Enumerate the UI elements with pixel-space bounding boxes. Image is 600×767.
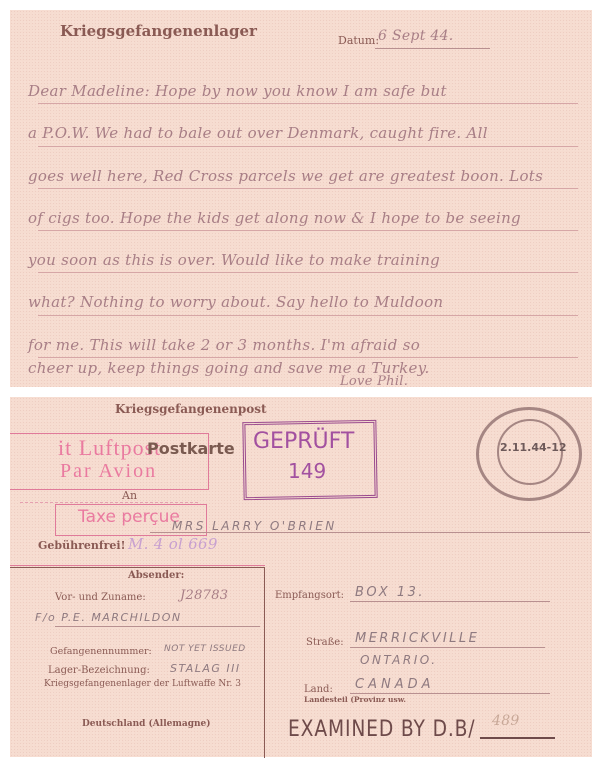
ruled-line bbox=[38, 315, 578, 316]
ruled-line bbox=[38, 357, 578, 358]
postmark-date: 2.11.44-12 bbox=[500, 441, 567, 454]
ruled-line bbox=[38, 188, 578, 189]
letter-line: goes well here, Red Cross parcels we get… bbox=[28, 167, 543, 185]
destination-place-value: BOX 13. bbox=[355, 585, 425, 600]
date-label: Datum: bbox=[338, 34, 379, 47]
recipient-underline bbox=[150, 532, 590, 533]
camp-value: STALAG III bbox=[170, 662, 241, 675]
postcard-header-title: Kriegsgefangenenpost bbox=[115, 402, 267, 416]
airmail-stamp-line2: Par Avion bbox=[60, 460, 157, 483]
ruled-line bbox=[38, 230, 578, 231]
letter-card: Kriegsgefangenenlager Datum: 6 Sept 44. … bbox=[10, 10, 592, 387]
letter-line: of cigs too. Hope the kids get along now… bbox=[28, 209, 521, 227]
censor-stamp-line2: 149 bbox=[288, 459, 326, 483]
red-stamp-divider bbox=[10, 565, 265, 566]
examined-underline bbox=[480, 737, 555, 739]
letter-line: for me. This will take 2 or 3 months. I'… bbox=[28, 336, 420, 354]
letter-signoff: Love Phil. bbox=[340, 374, 408, 389]
examined-number: 489 bbox=[492, 713, 520, 729]
fee-handwritten: M. 4 ol 669 bbox=[128, 535, 218, 553]
destination-country-label: Land: bbox=[304, 684, 333, 695]
destination-place-underline bbox=[350, 601, 550, 602]
sender-name: F/o P.E. MARCHILDON bbox=[35, 611, 182, 624]
date-underline bbox=[375, 48, 490, 49]
censor-stamp-line1: GEPRÜFT bbox=[253, 429, 354, 454]
postcard-card: Kriegsgefangenenpost it Luftpost Par Avi… bbox=[10, 397, 592, 757]
destination-country-value: CANADA bbox=[355, 677, 435, 692]
camp-subtitle: Kriegsgefangenenlager der Luftwaffe Nr. … bbox=[44, 679, 241, 689]
prisoner-number-value: NOT YET ISSUED bbox=[164, 644, 246, 654]
ruled-line bbox=[38, 103, 578, 104]
sender-name-underline bbox=[55, 626, 260, 627]
sender-service-number: J28783 bbox=[180, 588, 228, 603]
an-line bbox=[20, 502, 198, 503]
sender-title: Absender: bbox=[128, 570, 184, 581]
airmail-stamp-line1: it Luftpost bbox=[58, 435, 161, 461]
letter-line: Dear Madeline: Hope by now you know I am… bbox=[28, 82, 447, 100]
destination-street-label: Straße: bbox=[306, 637, 344, 648]
letter-line: you soon as this is over. Would like to … bbox=[28, 251, 440, 269]
ruled-line bbox=[38, 272, 578, 273]
sender-country: Deutschland (Allemagne) bbox=[82, 719, 211, 729]
letter-line: what? Nothing to worry about. Say hello … bbox=[28, 293, 443, 311]
camp-label: Lager-Bezeichnung: bbox=[48, 665, 150, 676]
destination-province-value: ONTARIO. bbox=[360, 653, 438, 667]
ruled-line bbox=[38, 146, 578, 147]
an-label: An bbox=[122, 489, 137, 502]
prisoner-number-label: Gefangenennummer: bbox=[50, 646, 152, 657]
examined-stamp: EXAMINED BY D.B/ bbox=[288, 717, 475, 742]
destination-street-underline bbox=[350, 647, 545, 648]
sender-name-label: Vor- und Zuname: bbox=[55, 592, 146, 603]
taxe-stamp: Taxe perçue bbox=[78, 507, 180, 527]
letter-header-title: Kriegsgefangenenlager bbox=[60, 22, 257, 40]
destination-country-underline bbox=[350, 693, 550, 694]
recipient-name: MRS LARRY O'BRIEN bbox=[172, 519, 337, 533]
destination-place-label: Empfangsort: bbox=[275, 590, 344, 601]
destination-street-value: MERRICKVILLE bbox=[355, 631, 479, 646]
fee-label: Gebührenfrei! bbox=[38, 539, 125, 552]
destination-province-label: Landesteil (Provinz usw. bbox=[304, 695, 406, 704]
postkarte-label: Postkarte bbox=[147, 439, 235, 458]
date-value: 6 Sept 44. bbox=[378, 28, 454, 44]
letter-line: a P.O.W. We had to bale out over Denmark… bbox=[28, 124, 488, 142]
